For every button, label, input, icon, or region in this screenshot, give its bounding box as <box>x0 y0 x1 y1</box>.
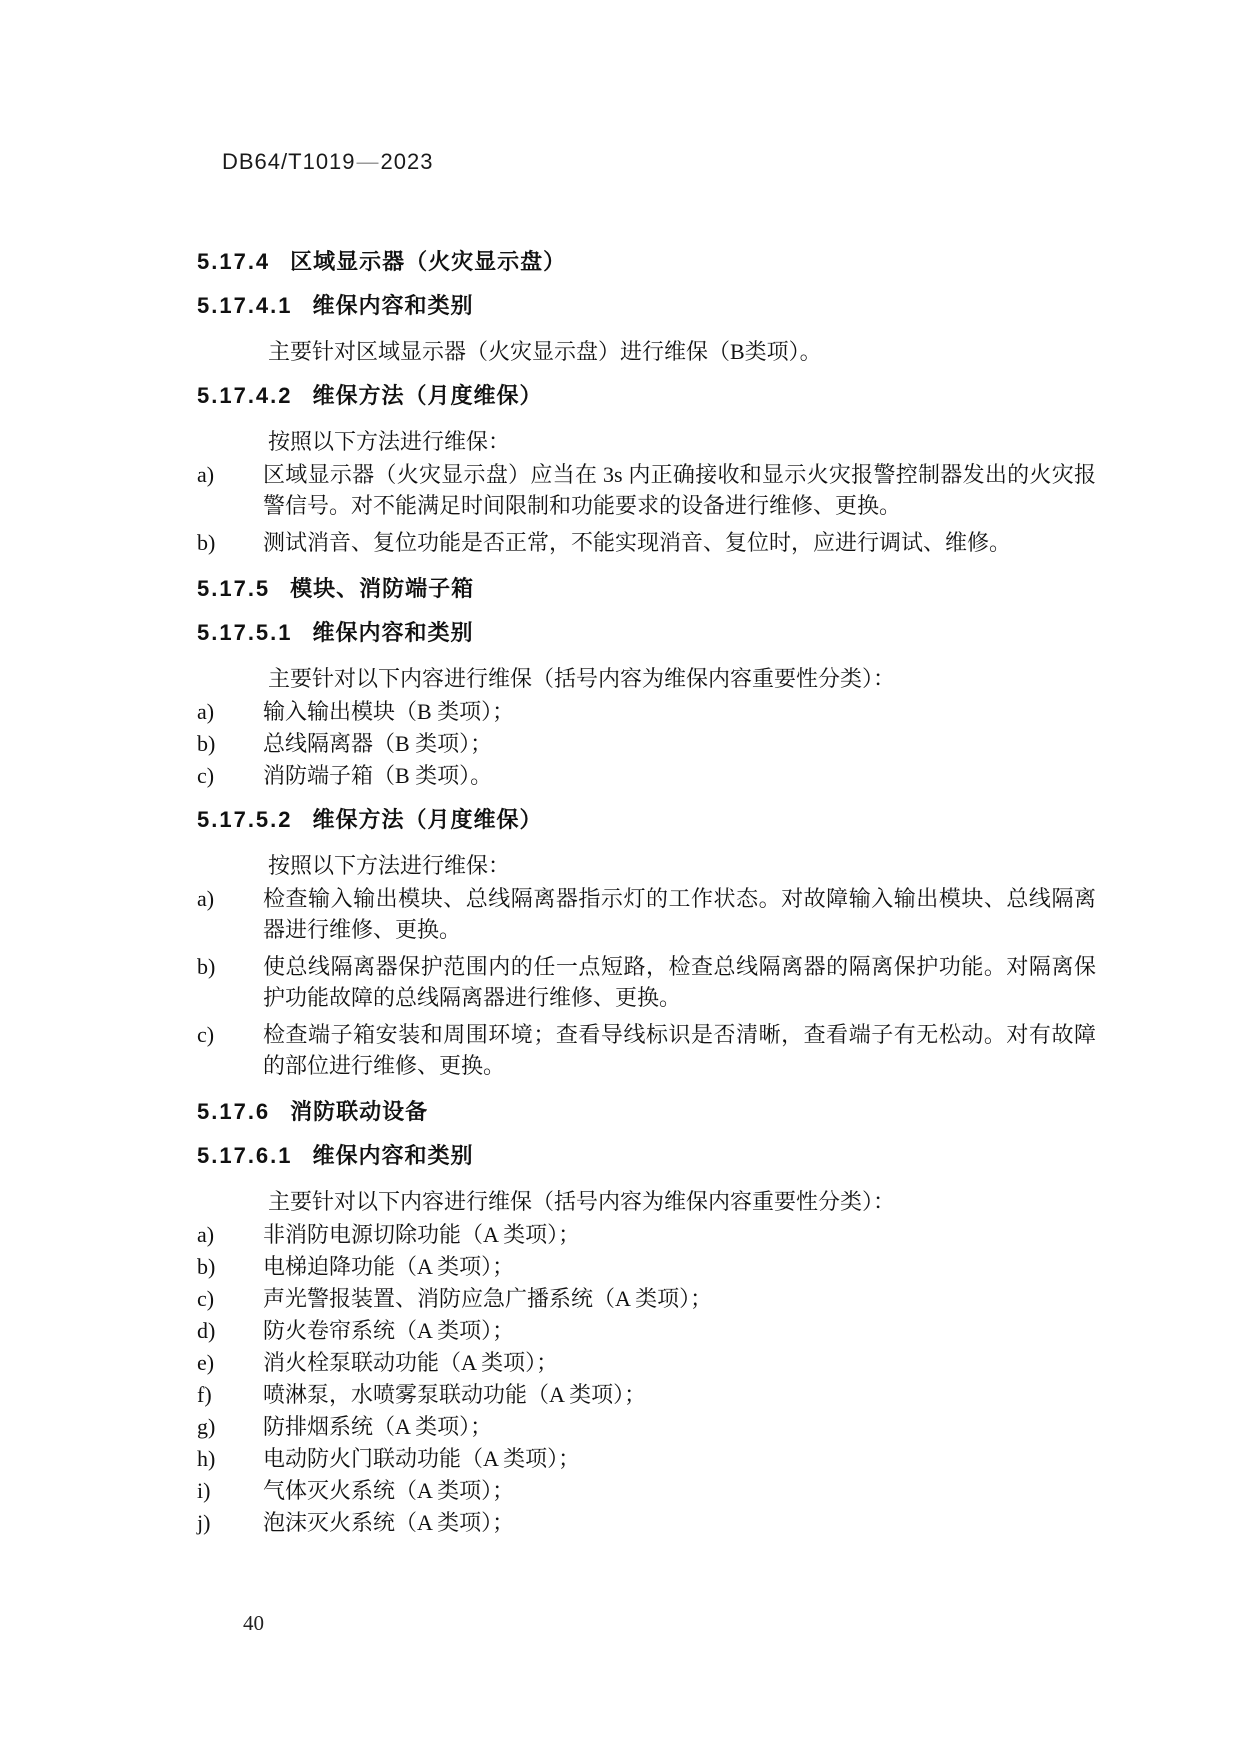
section-title: 维保方法（月度维保） <box>313 383 543 408</box>
list-item: g) 防排烟系统（A 类项）； <box>197 1411 1096 1442</box>
page-number: 40 <box>243 1608 264 1639</box>
list-item-text: 检查端子箱安装和周围环境；查看导线标识是否清晰，查看端子有无松动。对有故障的部位… <box>263 1019 1096 1081</box>
section-heading-5-17-5-1: 5.17.5.1维保内容和类别 <box>197 617 1096 648</box>
list-item-label: c) <box>197 1283 263 1314</box>
list-item: a) 输入输出模块（B 类项）； <box>197 696 1096 727</box>
list-item: c) 消防端子箱（B 类项）。 <box>197 760 1096 791</box>
list-intro: 主要针对以下内容进行维保（括号内容为维保内容重要性分类）： <box>197 1186 1096 1217</box>
list-item: c) 声光警报装置、消防应急广播系统（A 类项）； <box>197 1283 1096 1314</box>
section-title: 维保方法（月度维保） <box>313 807 543 832</box>
list-item-text: 电动防火门联动功能（A 类项）； <box>263 1443 1096 1474</box>
list-item-label: a) <box>197 696 263 727</box>
list-item-label: f) <box>197 1379 263 1410</box>
list-item-text: 非消防电源切除功能（A 类项）； <box>263 1219 1096 1250</box>
list-item-text: 总线隔离器（B 类项）； <box>263 728 1096 759</box>
list-item-label: e) <box>197 1347 263 1378</box>
list-item-text: 气体灭火系统（A 类项）； <box>263 1475 1096 1506</box>
list-item-label: c) <box>197 760 263 791</box>
list-item: a) 非消防电源切除功能（A 类项）； <box>197 1219 1096 1250</box>
section-number: 5.17.5.1 <box>197 620 293 645</box>
list-item: c) 检查端子箱安装和周围环境；查看导线标识是否清晰，查看端子有无松动。对有故障… <box>197 1019 1096 1081</box>
list-item-text: 消防端子箱（B 类项）。 <box>263 760 1096 791</box>
section-heading-5-17-5: 5.17.5模块、消防端子箱 <box>197 573 1096 604</box>
section-number: 5.17.6 <box>197 1099 270 1124</box>
list-item-label: c) <box>197 1019 263 1050</box>
section-title: 维保内容和类别 <box>313 1143 474 1168</box>
section-number: 5.17.6.1 <box>197 1143 293 1168</box>
list-item-label: a) <box>197 883 263 914</box>
list-item-label: j) <box>197 1507 263 1538</box>
list-item-label: i) <box>197 1475 263 1506</box>
section-title: 区域显示器（火灾显示盘） <box>290 249 566 274</box>
list-item-label: a) <box>197 459 263 490</box>
list-item-label: b) <box>197 527 263 558</box>
section-number: 5.17.5 <box>197 576 270 601</box>
list-item: h) 电动防火门联动功能（A 类项）； <box>197 1443 1096 1474</box>
section-number: 5.17.5.2 <box>197 807 293 832</box>
list-item-text: 电梯迫降功能（A 类项）； <box>263 1251 1096 1282</box>
doc-code: DB64/T1019—2023 <box>222 146 433 177</box>
section-title: 模块、消防端子箱 <box>290 576 474 601</box>
list-item: j) 泡沫灭火系统（A 类项）； <box>197 1507 1096 1538</box>
section-heading-5-17-6-1: 5.17.6.1维保内容和类别 <box>197 1140 1096 1171</box>
list-item-text: 防排烟系统（A 类项）； <box>263 1411 1096 1442</box>
list-item: b) 电梯迫降功能（A 类项）； <box>197 1251 1096 1282</box>
list-item: a) 区域显示器（火灾显示盘）应当在 3s 内正确接收和显示火灾报警控制器发出的… <box>197 459 1096 521</box>
list-item-text: 消火栓泵联动功能（A 类项）； <box>263 1347 1096 1378</box>
list-item-text: 检查输入输出模块、总线隔离器指示灯的工作状态。对故障输入输出模块、总线隔离器进行… <box>263 883 1096 945</box>
list-intro: 按照以下方法进行维保： <box>197 850 1096 881</box>
list-item-label: g) <box>197 1411 263 1442</box>
doc-code-year: 2023 <box>381 149 434 174</box>
list-item-text: 测试消音、复位功能是否正常，不能实现消音、复位时，应进行调试、维修。 <box>263 527 1096 558</box>
paragraph: 主要针对区域显示器（火灾显示盘）进行维保（B类项）。 <box>197 336 1096 367</box>
list-item: b) 测试消音、复位功能是否正常，不能实现消音、复位时，应进行调试、维修。 <box>197 527 1096 558</box>
doc-code-dash: — <box>356 149 381 174</box>
list-intro: 按照以下方法进行维保： <box>197 426 1096 457</box>
section-title: 维保内容和类别 <box>313 293 474 318</box>
list-item: f) 喷淋泵，水喷雾泵联动功能（A 类项）； <box>197 1379 1096 1410</box>
list-item-text: 使总线隔离器保护范围内的任一点短路，检查总线隔离器的隔离保护功能。对隔离保护功能… <box>263 951 1096 1013</box>
section-heading-5-17-5-2: 5.17.5.2维保方法（月度维保） <box>197 804 1096 835</box>
list-item-label: a) <box>197 1219 263 1250</box>
list-item-text: 输入输出模块（B 类项）； <box>263 696 1096 727</box>
section-number: 5.17.4 <box>197 249 270 274</box>
list-item: i) 气体灭火系统（A 类项）； <box>197 1475 1096 1506</box>
list-item-label: b) <box>197 951 263 982</box>
section-heading-5-17-4-1: 5.17.4.1维保内容和类别 <box>197 290 1096 321</box>
list-item-text: 防火卷帘系统（A 类项）； <box>263 1315 1096 1346</box>
document-page: DB64/T1019—2023 5.17.4区域显示器（火灾显示盘） 5.17.… <box>0 0 1241 1755</box>
list-item: b) 总线隔离器（B 类项）； <box>197 728 1096 759</box>
list-item-label: d) <box>197 1315 263 1346</box>
section-heading-5-17-6: 5.17.6消防联动设备 <box>197 1096 1096 1127</box>
list-item-label: h) <box>197 1443 263 1474</box>
doc-code-prefix: DB64/T1019 <box>222 149 356 174</box>
list-item: a) 检查输入输出模块、总线隔离器指示灯的工作状态。对故障输入输出模块、总线隔离… <box>197 883 1096 945</box>
section-heading-5-17-4-2: 5.17.4.2维保方法（月度维保） <box>197 380 1096 411</box>
list-intro: 主要针对以下内容进行维保（括号内容为维保内容重要性分类）： <box>197 663 1096 694</box>
list-item: d) 防火卷帘系统（A 类项）； <box>197 1315 1096 1346</box>
list-item: b) 使总线隔离器保护范围内的任一点短路，检查总线隔离器的隔离保护功能。对隔离保… <box>197 951 1096 1013</box>
list-item: e) 消火栓泵联动功能（A 类项）； <box>197 1347 1096 1378</box>
list-item-label: b) <box>197 1251 263 1282</box>
list-item-text: 喷淋泵，水喷雾泵联动功能（A 类项）； <box>263 1379 1096 1410</box>
section-title: 维保内容和类别 <box>313 620 474 645</box>
section-number: 5.17.4.2 <box>197 383 293 408</box>
document-body: 5.17.4区域显示器（火灾显示盘） 5.17.4.1维保内容和类别 主要针对区… <box>197 231 1096 1539</box>
list-item-text: 声光警报装置、消防应急广播系统（A 类项）； <box>263 1283 1096 1314</box>
list-item-text: 区域显示器（火灾显示盘）应当在 3s 内正确接收和显示火灾报警控制器发出的火灾报… <box>263 459 1096 521</box>
list-item-text: 泡沫灭火系统（A 类项）； <box>263 1507 1096 1538</box>
list-item-label: b) <box>197 728 263 759</box>
section-number: 5.17.4.1 <box>197 293 293 318</box>
section-title: 消防联动设备 <box>290 1099 428 1124</box>
section-heading-5-17-4: 5.17.4区域显示器（火灾显示盘） <box>197 246 1096 277</box>
